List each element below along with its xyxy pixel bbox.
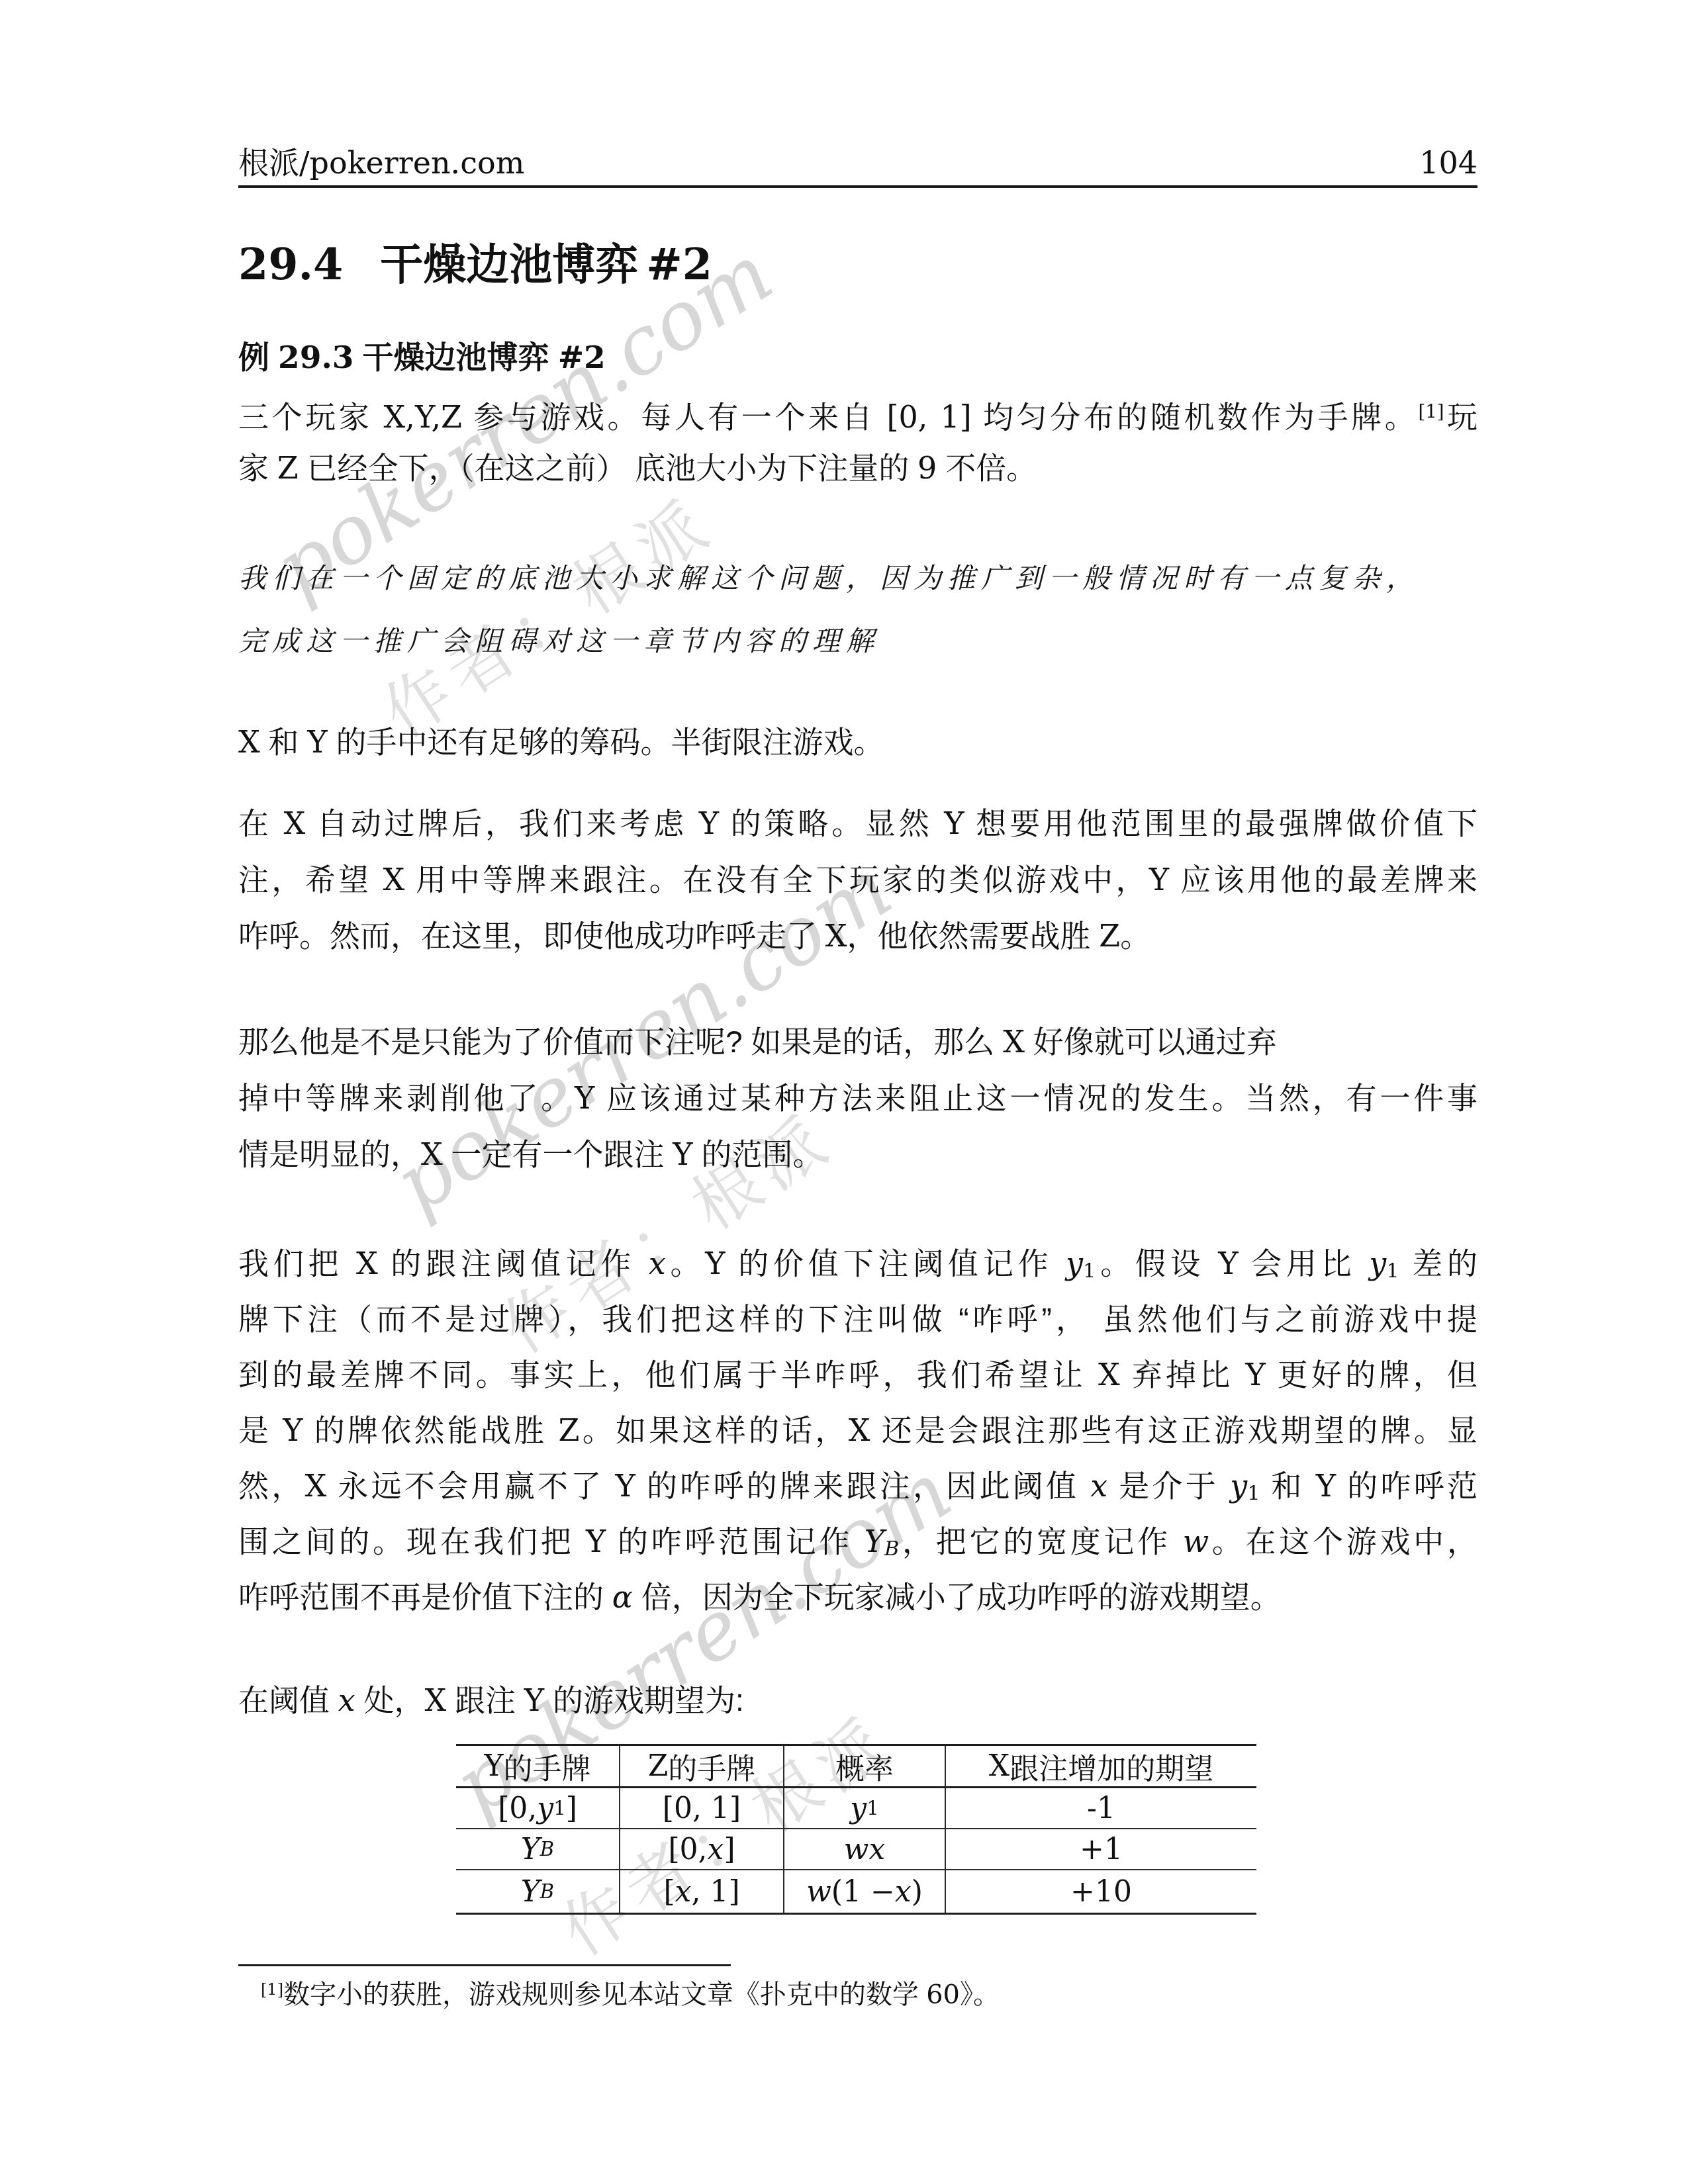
example-heading: 例 29.3 干燥边池博弈 #2 [238, 337, 1477, 379]
section-heading: 29.4干燥边池博弈#2 [238, 238, 1477, 291]
body-line: 是 Y 的牌依然能战胜 Z。如果这样的话，X 还是会跟注那些有这正游戏期望的牌。… [238, 1410, 1477, 1451]
table-cell: YB [456, 1829, 619, 1870]
footnote-rule [238, 1964, 731, 1966]
table-header-z-hand: Z 的手牌 [619, 1746, 783, 1788]
body-line: 那么他是不是只能为了价值而下注呢? 如果是的话，那么 X 好像就可以通过弃 [238, 1021, 1477, 1062]
header-rule [238, 185, 1477, 188]
note-line: 我们在一个固定的底池大小求解这个问题，因为推广到一般情况时有一点复杂， [238, 558, 1477, 599]
table-cell: YB [456, 1870, 619, 1913]
footnote: [1]数字小的获胜，游戏规则参见本站文章《扑克中的数学 60》。 [238, 1971, 1477, 2013]
table-cell: [0, x] [619, 1829, 783, 1870]
body-line: 咋呼范围不再是价值下注的 α 倍，因为全下玩家减小了成功咋呼的游戏期望。 [238, 1576, 1477, 1617]
body-line: 围之间的。现在我们把 Y 的咋呼范围记作 YB，把它的宽度记作 w。在这个游戏中… [238, 1521, 1477, 1570]
page-number: 104 [238, 142, 1477, 183]
table-cell: w(1 − x) [783, 1870, 945, 1913]
table-header-ev: X 跟注增加的期望 [945, 1746, 1256, 1788]
body-line: 在阈值 x 处，X 跟注 Y 的游戏期望为: [238, 1680, 1477, 1721]
table-cell: wx [783, 1829, 945, 1870]
body-line: 在 X 自动过牌后，我们来考虑 Y 的策略。显然 Y 想要用他范围里的最强牌做价… [238, 803, 1477, 844]
table-cell: +10 [945, 1870, 1256, 1913]
table-cell: +1 [945, 1829, 1256, 1870]
body-line: 我们把 X 的跟注阈值记作 x。Y 的价值下注阈值记作 y1。假设 Y 会用比 … [238, 1243, 1477, 1292]
table-cell: [0, y1] [456, 1788, 619, 1829]
note-line: 完成这一推广会阻碍对这一章节内容的理解 [238, 621, 1477, 662]
body-line: 情是明显的，X 一定有一个跟注 Y 的范围。 [238, 1134, 1477, 1175]
table-header-prob: 概率 [783, 1746, 945, 1788]
table-header-y-hand: Y 的手牌 [456, 1746, 619, 1788]
body-line: 咋呼。然而，在这里，即使他成功咋呼走了 X，他依然需要战胜 Z。 [238, 915, 1477, 956]
body-line: 掉中等牌来剥削他了。Y 应该通过某种方法来阻止这一情况的发生。当然，有一件事 [238, 1077, 1477, 1118]
body-line: 牌下注（而不是过牌），我们把这样的下注叫做 “咋呼”， 虽然他们与之前游戏中提 [238, 1298, 1477, 1340]
body-line: 三个玩家 X,Y,Z 参与游戏。每人有一个来自 [0, 1] 均匀分布的随机数作… [238, 391, 1477, 437]
body-line: 注，希望 X 用中等牌来跟注。在没有全下玩家的类似游戏中，Y 应该用他的最差牌来 [238, 859, 1477, 900]
body-line: 到的最差牌不同。事实上，他们属于半咋呼，我们希望让 X 弃掉比 Y 更好的牌，但 [238, 1354, 1477, 1395]
body-line: X 和 Y 的手中还有足够的筹码。半街限注游戏。 [238, 721, 1477, 762]
ev-table: Y 的手牌 Z 的手牌 概率 X 跟注增加的期望 [0, y1] [0, 1] … [456, 1744, 1256, 1915]
table-cell: y1 [783, 1788, 945, 1829]
table-cell: [0, 1] [619, 1788, 783, 1829]
table-cell: [x, 1] [619, 1870, 783, 1913]
table-cell: -1 [945, 1788, 1256, 1829]
body-line: 然，X 永远不会用赢不了 Y 的咋呼的牌来跟注，因此阈值 x 是介于 y1 和 … [238, 1465, 1477, 1514]
body-line: 家 Z 已经全下，（在这之前） 底池大小为下注量的 9 不倍。 [238, 447, 1477, 488]
